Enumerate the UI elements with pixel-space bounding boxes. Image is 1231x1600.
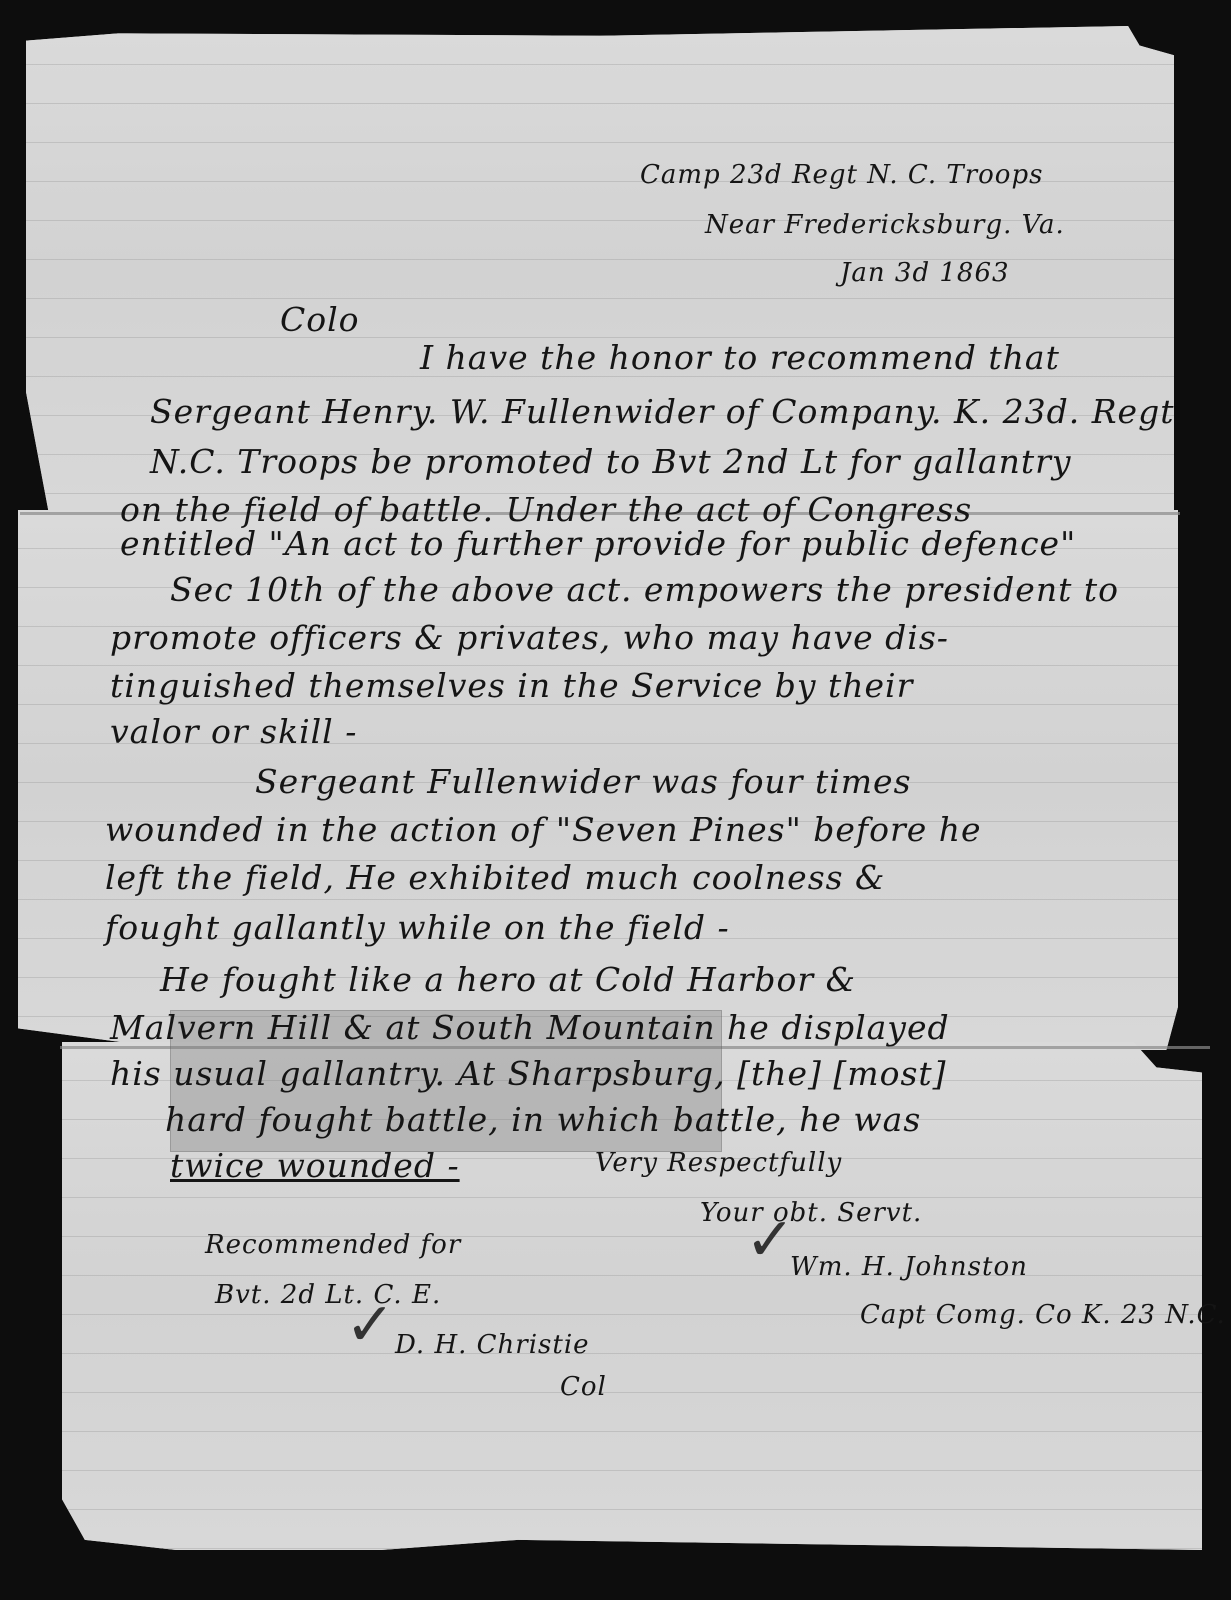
body-line: Sergeant Henry. W. Fullenwider of Compan…	[150, 392, 1174, 431]
heading-date: Jan 3d 1863	[840, 258, 1010, 288]
endorsement-signature: D. H. Christie	[395, 1330, 590, 1360]
salutation: Colo	[280, 300, 360, 339]
heading-location: Near Fredericksburg. Va.	[705, 210, 1065, 240]
body-line: He fought like a hero at Cold Harbor &	[160, 960, 856, 999]
checkmark-icon: ✓	[745, 1205, 795, 1275]
body-line: twice wounded -	[170, 1146, 460, 1185]
endorsement-recommended: Recommended for	[205, 1230, 461, 1260]
body-line: valor or skill -	[110, 712, 357, 751]
body-line: tinguished themselves in the Service by …	[110, 666, 913, 705]
body-line: Malvern Hill & at South Mountain he disp…	[110, 1008, 950, 1047]
body-line: left the field, He exhibited much coolne…	[105, 858, 885, 897]
body-line: entitled "An act to further provide for …	[120, 524, 1076, 563]
closing-respectfully: Very Respectfully	[595, 1148, 842, 1178]
body-line: N.C. Troops be promoted to Bvt 2nd Lt fo…	[150, 442, 1072, 481]
body-line: Sergeant Fullenwider was four times	[255, 762, 912, 801]
endorsement-title: Col	[560, 1372, 607, 1402]
heading-camp: Camp 23d Regt N. C. Troops	[640, 160, 1043, 190]
body-line: his usual gallantry. At Sharpsburg, [the…	[110, 1054, 947, 1093]
checkmark-icon: ✓	[345, 1290, 395, 1360]
endorsement-rank: Bvt. 2d Lt. C. E.	[215, 1280, 441, 1310]
body-line: wounded in the action of "Seven Pines" b…	[105, 810, 982, 849]
closing-servant: Your obt. Servt.	[700, 1198, 922, 1228]
closing-signature: Wm. H. Johnston	[790, 1252, 1028, 1282]
body-line: I have the honor to recommend that	[420, 338, 1060, 377]
body-line: promote officers & privates, who may hav…	[110, 618, 949, 657]
closing-title: Capt Comg. Co K. 23 N.C.	[860, 1300, 1226, 1330]
body-line: fought gallantly while on the field -	[105, 908, 730, 947]
body-line: hard fought battle, in which battle, he …	[165, 1100, 921, 1139]
body-line: Sec 10th of the above act. empowers the …	[170, 570, 1119, 609]
